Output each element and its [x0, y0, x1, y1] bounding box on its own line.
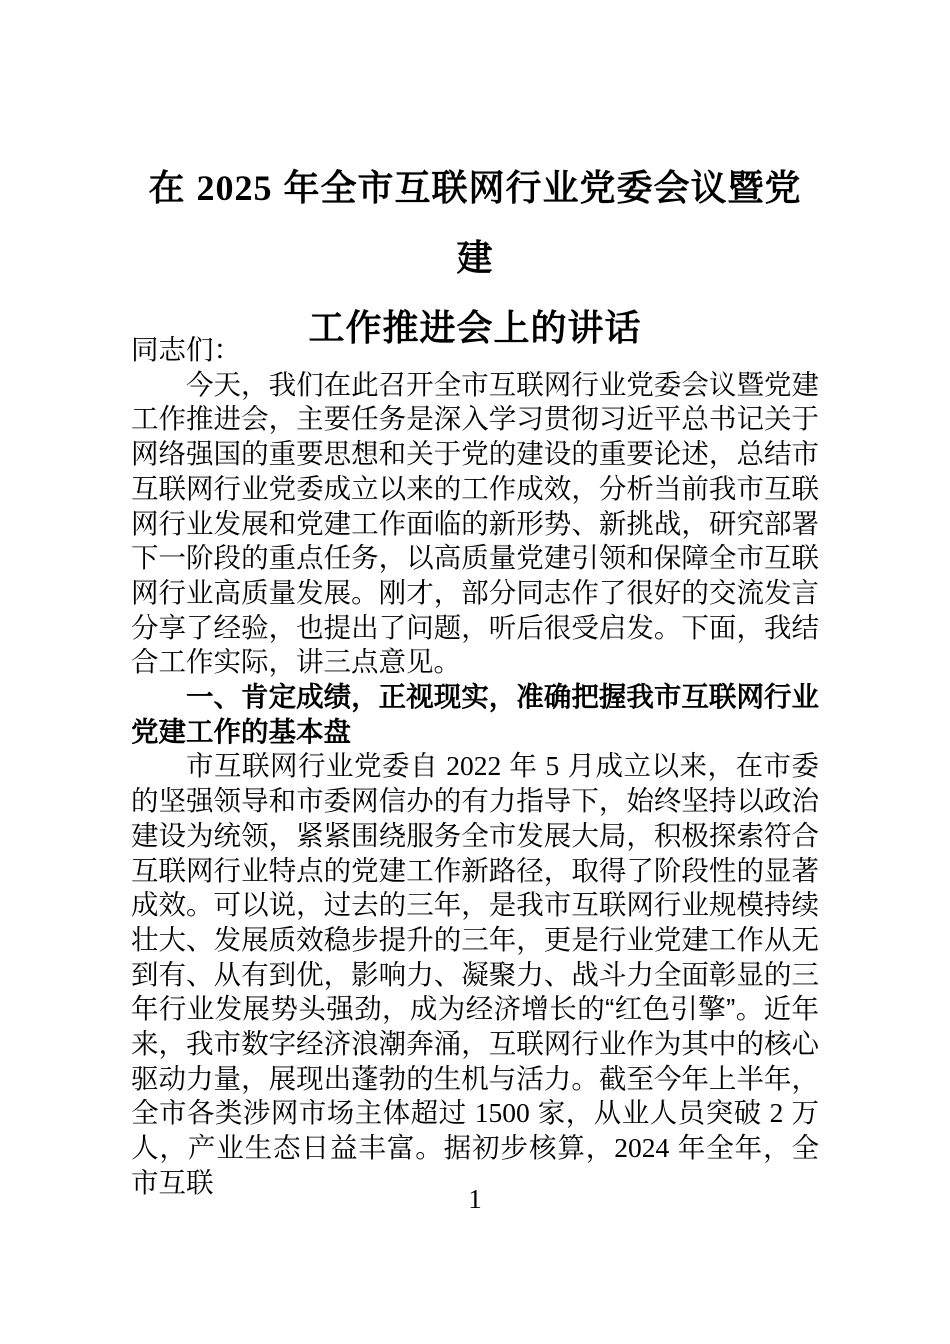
section-1-paragraph: 市互联网行业党委自 2022 年 5 月成立以来，在市委的坚强领导和市委网信办的…	[131, 749, 819, 1200]
intro-paragraph: 今天，我们在此召开全市互联网行业党委会议暨党建工作推进会，主要任务是深入学习贯彻…	[131, 368, 819, 680]
section-heading-1: 一、肯定成绩，正视现实，准确把握我市互联网行业党建工作的基本盘	[131, 680, 819, 749]
document-title: 在 2025 年全市互联网行业党委会议暨党建 工作推进会上的讲话	[131, 153, 819, 363]
document-body: 同志们： 今天，我们在此召开全市互联网行业党委会议暨党建工作推进会，主要任务是深…	[131, 333, 819, 1201]
salutation-line: 同志们：	[131, 333, 819, 368]
document-page: 在 2025 年全市互联网行业党委会议暨党建 工作推进会上的讲话 同志们： 今天…	[0, 0, 950, 1344]
document-title-line-1: 在 2025 年全市互联网行业党委会议暨党建	[131, 153, 819, 293]
page-number: 1	[131, 1183, 819, 1215]
